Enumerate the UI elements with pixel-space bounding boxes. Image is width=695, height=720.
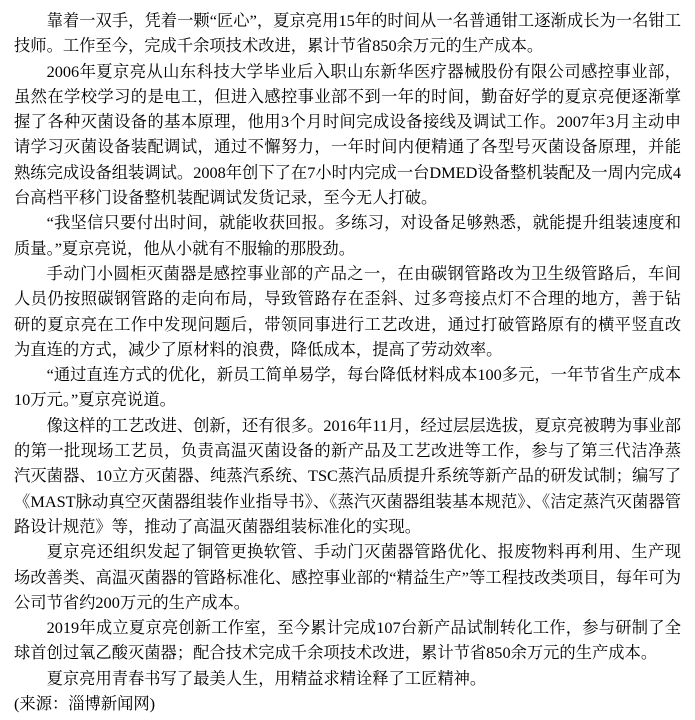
article-paragraph-3: “我坚信只要付出时间，就能收获回报。多练习，对设备足够熟悉，就能提升组装速度和质… <box>14 210 681 261</box>
article-paragraph-5: “通过直连方式的优化，新员工简单易学，每台降低材料成本100多元，一年节省生产成… <box>14 362 681 413</box>
article-paragraph-4: 手动门小圆柜灭菌器是感控事业部的产品之一，在由碳钢管路改为卫生级管路后，车间人员… <box>14 261 681 362</box>
article-body: 靠着一双手，凭着一颗“匠心”，夏京亮用15年的时间从一名普通钳工逐渐成长为一名钳… <box>0 0 695 720</box>
article-paragraph-9: 夏京亮用青春书写了最美人生，用精益求精诠释了工匠精神。 <box>14 666 681 691</box>
article-paragraph-1: 靠着一双手，凭着一颗“匠心”，夏京亮用15年的时间从一名普通钳工逐渐成长为一名钳… <box>14 8 681 59</box>
article-paragraph-8: 2019年成立夏京亮创新工作室，至今累计完成107台新产品试制转化工作，参与研制… <box>14 615 681 666</box>
article-paragraph-6: 像这样的工艺改进、创新，还有很多。2016年11月，经过层层选拔，夏京亮被聘为事… <box>14 413 681 539</box>
article-paragraph-7: 夏京亮还组织发起了铜管更换软管、手动门灭菌器管路优化、报废物料再利用、生产现场改… <box>14 539 681 615</box>
article-paragraph-2: 2006年夏京亮从山东科技大学毕业后入职山东新华医疗器械股份有限公司感控事业部，… <box>14 59 681 211</box>
source-attribution: (来源：淄博新闻网) <box>14 691 681 716</box>
